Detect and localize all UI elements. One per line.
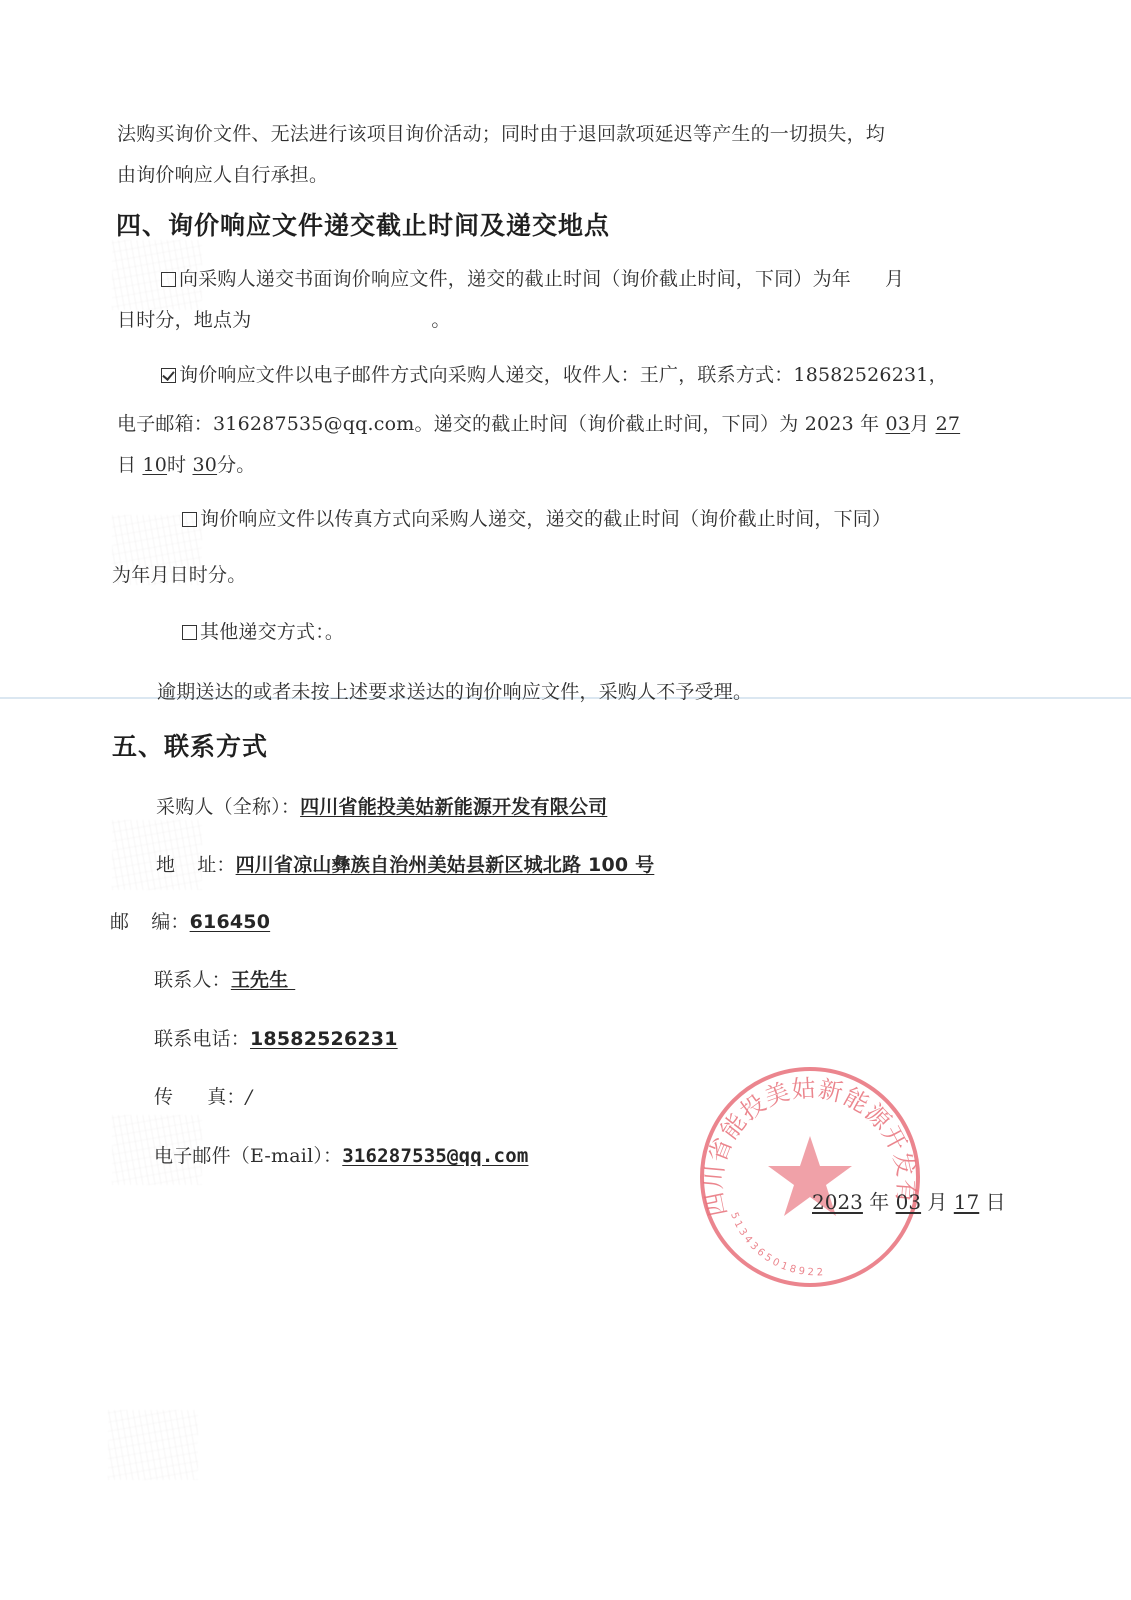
checkbox-other[interactable]	[182, 625, 197, 640]
postcode-row: 邮编：616450	[110, 909, 270, 935]
deadline-month: 03	[886, 413, 911, 435]
svg-text:5134365018922: 5134365018922	[728, 1211, 826, 1278]
fax-value: /	[246, 1086, 253, 1108]
section-heading-4: 四、询价响应文件递交截止时间及递交地点	[116, 210, 610, 242]
paragraph-line: 法购买询价文件、无法进行该项目询价活动；同时由于退回款项延迟等产生的一切损失，均	[117, 121, 885, 147]
paragraph-line: 由询价响应人自行承担。	[117, 162, 328, 188]
option-paper-line1: 向采购人递交书面询价响应文件，递交的截止时间（询价截止时间，下同）为年月	[161, 266, 904, 292]
phone-row: 联系电话：18582526231	[154, 1026, 398, 1052]
contact-value: 王先生	[231, 969, 295, 991]
contact-row: 联系人：王先生	[154, 967, 295, 993]
minute-label: 分。	[217, 454, 255, 476]
email-value[interactable]: 316287535@qq.com	[342, 1145, 528, 1167]
option-paper-line2: 日时分，地点为。	[117, 307, 451, 333]
signature-date: 2023 年 03 月 17 日	[812, 1188, 1006, 1216]
address-value: 四川省凉山彝族自治州美姑县新区城北路 100 号	[236, 854, 655, 876]
purchaser-row: 采购人（全称）：四川省能投美姑新能源开发有限公司	[156, 794, 607, 820]
option-fax-text: 询价响应文件以传真方式向采购人递交，递交的截止时间（询价截止时间，下同）	[200, 508, 891, 530]
address-label-b: 址：	[197, 854, 235, 876]
year-label: 年	[863, 1190, 896, 1214]
postcode-label-b: 编：	[151, 911, 189, 933]
day-label: 日	[117, 454, 142, 476]
official-seal-icon: 四川省能投美姑新能源开发有限公司 5134365018922	[697, 1064, 923, 1290]
option-email-line3: 日 10时 30分。	[117, 452, 255, 478]
contact-label: 联系人：	[154, 969, 231, 991]
purchaser-label: 采购人（全称）：	[156, 796, 300, 818]
bleed-through-mark	[108, 1410, 198, 1480]
address-label: 地	[156, 854, 175, 876]
section-heading-5: 五、联系方式	[112, 731, 268, 763]
option-fax-line2: 为年月日时分。	[112, 562, 246, 588]
signature-month: 03	[896, 1190, 921, 1214]
phone-value: 18582526231	[250, 1028, 398, 1050]
deadline-day: 27	[936, 413, 961, 435]
option-email-line2: 电子邮箱：316287535@qq.com。递交的截止时间（询价截止时间，下同）…	[117, 411, 960, 437]
postcode-value: 616450	[190, 911, 271, 933]
option-paper-text2: 日时分，地点为	[117, 309, 251, 331]
option-fax-line1: 询价响应文件以传真方式向采购人递交，递交的截止时间（询价截止时间，下同）	[182, 506, 891, 532]
option-email-line1: 询价响应文件以电子邮件方式向采购人递交，收件人：王广，联系方式：18582526…	[161, 362, 948, 388]
option-email-text: 询价响应文件以电子邮件方式向采购人递交，收件人：王广，联系方式：18582526…	[179, 364, 948, 386]
month-label: 月	[910, 413, 935, 435]
document-page: 法购买询价文件、无法进行该项目询价活动；同时由于退回款项延迟等产生的一切损失，均…	[0, 0, 1131, 1600]
fax-row: 传真：/	[154, 1084, 252, 1110]
day-label: 日	[979, 1190, 1005, 1214]
month-label: 月	[921, 1190, 954, 1214]
email-label: 电子邮件（E-mail）：	[154, 1145, 342, 1167]
option-paper-end: 。	[431, 309, 450, 331]
checkbox-paper[interactable]	[161, 272, 176, 287]
checkbox-fax[interactable]	[182, 512, 197, 527]
email-row: 电子邮件（E-mail）：316287535@qq.com	[154, 1143, 528, 1169]
checkbox-email[interactable]	[161, 368, 176, 383]
option-email-text2: 电子邮箱：316287535@qq.com。递交的截止时间（询价截止时间，下同）…	[117, 413, 886, 435]
seal-code-text: 5134365018922	[728, 1211, 826, 1278]
purchaser-value: 四川省能投美姑新能源开发有限公司	[300, 796, 607, 818]
option-other-line: 其他递交方式：。	[182, 619, 344, 645]
option-other-text: 其他递交方式：。	[200, 621, 344, 643]
option-paper-text: 向采购人递交书面询价响应文件，递交的截止时间（询价截止时间，下同）为年	[179, 268, 851, 290]
deadline-hour: 10	[142, 454, 167, 476]
late-notice: 逾期送达的或者未按上述要求送达的询价响应文件，采购人不予受理。	[157, 679, 752, 705]
signature-day: 17	[954, 1190, 979, 1214]
deadline-minute: 30	[192, 454, 217, 476]
fax-label: 传	[154, 1086, 173, 1108]
phone-label: 联系电话：	[154, 1028, 250, 1050]
signature-year: 2023	[812, 1190, 863, 1214]
postcode-label: 邮	[110, 911, 129, 933]
hour-label: 时	[167, 454, 192, 476]
option-paper-month: 月	[885, 268, 904, 290]
address-row: 地址：四川省凉山彝族自治州美姑县新区城北路 100 号	[156, 852, 654, 878]
fax-label-b: 真：	[207, 1086, 245, 1108]
